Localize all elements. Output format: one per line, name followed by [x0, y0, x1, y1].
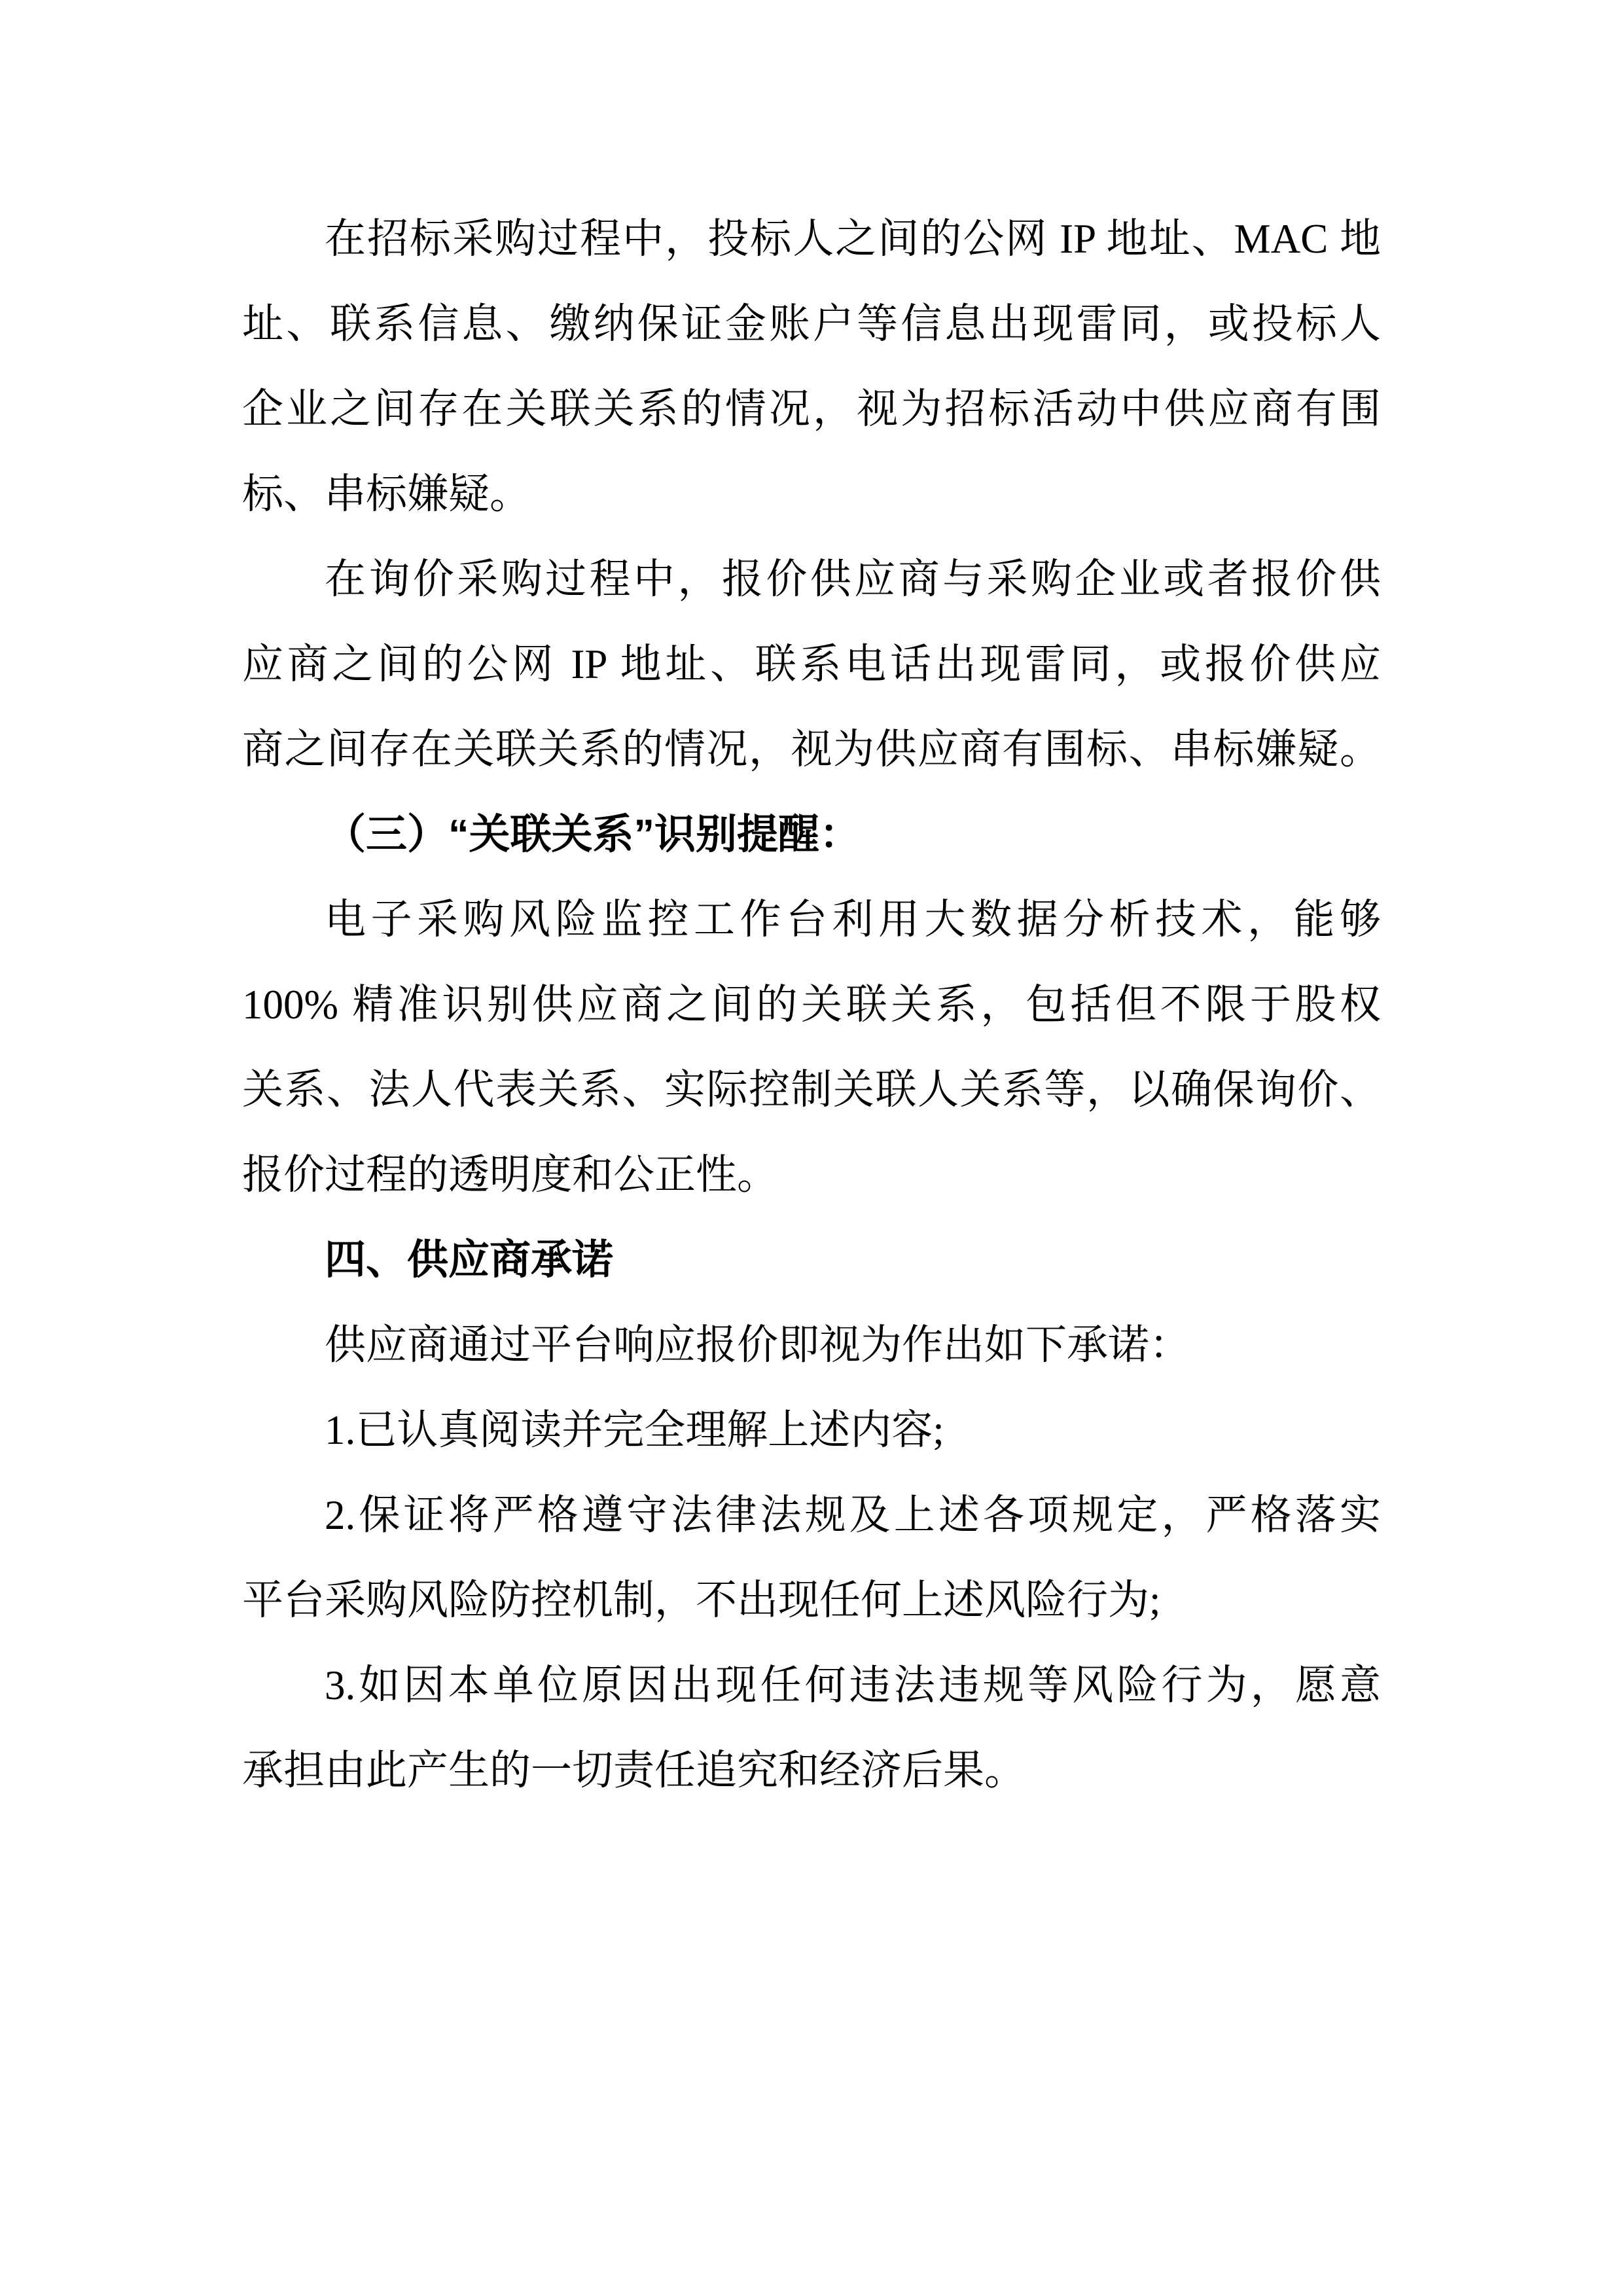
- text-line: 2.保证将严格遵守法律法规及上述各项规定，严格落实: [242, 1473, 1381, 1558]
- text-line: 平台采购风险防控机制，不出现任何上述风险行为;: [242, 1558, 1381, 1643]
- text-line: 在询价采购过程中，报价供应商与采购企业或者报价供: [242, 537, 1381, 622]
- text-line: 3.如因本单位原因出现任何违法违规等风险行为，愿意: [242, 1643, 1381, 1728]
- text-line: 100% 精准识别供应商之间的关联关系，包括但不限于股权: [242, 962, 1381, 1047]
- text-line: 电子采购风险监控工作台利用大数据分析技术，能够: [242, 877, 1381, 962]
- text-line: 在招标采购过程中，投标人之间的公网 IP 地址、MAC 地: [242, 196, 1381, 281]
- text-line: 关系、法人代表关系、实际控制关联人关系等，以确保询价、: [242, 1047, 1381, 1132]
- document-page: 在招标采购过程中，投标人之间的公网 IP 地址、MAC 地 址、联系信息、缴纳保…: [0, 0, 1623, 2296]
- text-line: 址、联系信息、缴纳保证金账户等信息出现雷同，或投标人: [242, 281, 1381, 367]
- section-heading: （三）“关联关系”识别提醒：: [242, 792, 1381, 877]
- text-line: 企业之间存在关联关系的情况，视为招标活动中供应商有围: [242, 367, 1381, 452]
- document-body: 在招标采购过程中，投标人之间的公网 IP 地址、MAC 地 址、联系信息、缴纳保…: [242, 196, 1381, 1813]
- text-line: 1.已认真阅读并完全理解上述内容;: [242, 1388, 1381, 1473]
- text-line: 供应商通过平台响应报价即视为作出如下承诺：: [242, 1302, 1381, 1388]
- text-line: 应商之间的公网 IP 地址、联系电话出现雷同，或报价供应: [242, 622, 1381, 707]
- text-line: 标、串标嫌疑。: [242, 452, 1381, 537]
- text-line: 商之间存在关联关系的情况，视为供应商有围标、串标嫌疑。: [242, 707, 1381, 792]
- text-line: 承担由此产生的一切责任追究和经济后果。: [242, 1728, 1381, 1813]
- text-line: 报价过程的透明度和公正性。: [242, 1132, 1381, 1217]
- section-heading: 四、供应商承诺: [242, 1217, 1381, 1302]
